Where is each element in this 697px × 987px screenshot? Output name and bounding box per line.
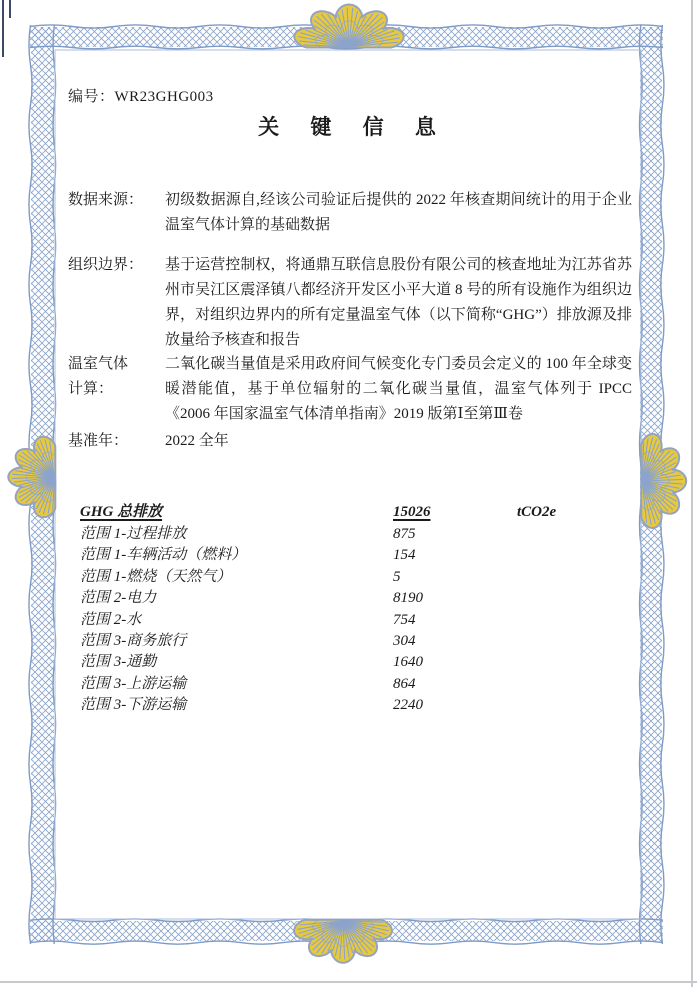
row-value: 875 bbox=[393, 524, 517, 545]
emissions-unit: tCO2e bbox=[517, 501, 630, 524]
row-label: 范围 1-燃烧（天然气） bbox=[80, 567, 393, 588]
table-row: 范围 3-商务旅行 304 bbox=[80, 631, 630, 652]
table-row: 范围 1-燃烧（天然气） 5 bbox=[80, 567, 630, 588]
section-content: 基于运营控制权，将通鼎互联信息股份有限公司的核查地址为江苏省苏州市吴江区震泽镇八… bbox=[165, 253, 632, 353]
row-label: 范围 3-商务旅行 bbox=[80, 631, 393, 652]
row-label: 范围 3-上游运输 bbox=[80, 674, 393, 695]
section-label: 基准年： bbox=[68, 429, 164, 454]
row-value: 2240 bbox=[393, 695, 517, 716]
border-medallion-right bbox=[641, 434, 686, 528]
row-label: 范围 2-水 bbox=[80, 610, 393, 631]
border-medallion-top bbox=[294, 5, 403, 48]
guilloche-border bbox=[0, 0, 697, 987]
emissions-total-label: GHG 总排放 bbox=[80, 504, 162, 520]
section-label: 组织边界： bbox=[68, 253, 164, 278]
emissions-table-header: GHG 总排放 15026 tCO2e bbox=[80, 501, 630, 524]
doc-number: 编号：WR23GHG003 bbox=[68, 86, 214, 108]
row-value: 304 bbox=[393, 631, 517, 652]
table-row: 范围 3-下游运输 2240 bbox=[80, 695, 630, 716]
row-label: 范围 2-电力 bbox=[80, 588, 393, 609]
emissions-total-value: 15026 bbox=[393, 504, 431, 520]
row-value: 864 bbox=[393, 674, 517, 695]
table-row: 范围 1-车辆活动（燃料） 154 bbox=[80, 545, 630, 566]
row-value: 8190 bbox=[393, 588, 517, 609]
scan-artifact bbox=[2, 0, 4, 57]
row-label: 范围 3-通勤 bbox=[80, 652, 393, 673]
emissions-table: GHG 总排放 15026 tCO2e 范围 1-过程排放 875 范围 1-车… bbox=[80, 501, 630, 717]
row-value: 5 bbox=[393, 567, 517, 588]
scan-artifact bbox=[9, 0, 11, 18]
table-row: 范围 1-过程排放 875 bbox=[80, 524, 630, 545]
row-value: 154 bbox=[393, 545, 517, 566]
border-medallion-left bbox=[8, 437, 55, 518]
table-row: 范围 3-通勤 1640 bbox=[80, 652, 630, 673]
doc-number-label: 编号： bbox=[68, 89, 115, 105]
section-content: 初级数据源自,经该公司验证后提供的 2022 年核查期间统计的用于企业温室气体计… bbox=[165, 188, 632, 238]
table-row: 范围 2-水 754 bbox=[80, 610, 630, 631]
row-value: 754 bbox=[393, 610, 517, 631]
row-label: 范围 1-车辆活动（燃料） bbox=[80, 545, 393, 566]
section-content: 二氧化碳当量值是采用政府间气候变化专门委员会定义的 100 年全球变暖潜能值，基… bbox=[165, 352, 632, 427]
table-row: 范围 2-电力 8190 bbox=[80, 588, 630, 609]
doc-number-value: WR23GHG003 bbox=[115, 89, 214, 105]
table-row: 范围 3-上游运输 864 bbox=[80, 674, 630, 695]
row-label: 范围 1-过程排放 bbox=[80, 524, 393, 545]
page-edge bbox=[691, 0, 693, 987]
certificate-page: 编号：WR23GHG003 关 键 信 息 数据来源： 初级数据源自,经该公司验… bbox=[0, 0, 697, 987]
row-value: 1640 bbox=[393, 652, 517, 673]
page-edge bbox=[0, 981, 697, 983]
page-title: 关 键 信 息 bbox=[0, 112, 694, 142]
section-content: 2022 全年 bbox=[165, 429, 632, 454]
section-label: 数据来源： bbox=[68, 188, 164, 213]
border-medallion-bottom bbox=[294, 920, 392, 963]
row-label: 范围 3-下游运输 bbox=[80, 695, 393, 716]
section-label: 温室气体 计算： bbox=[68, 352, 164, 402]
